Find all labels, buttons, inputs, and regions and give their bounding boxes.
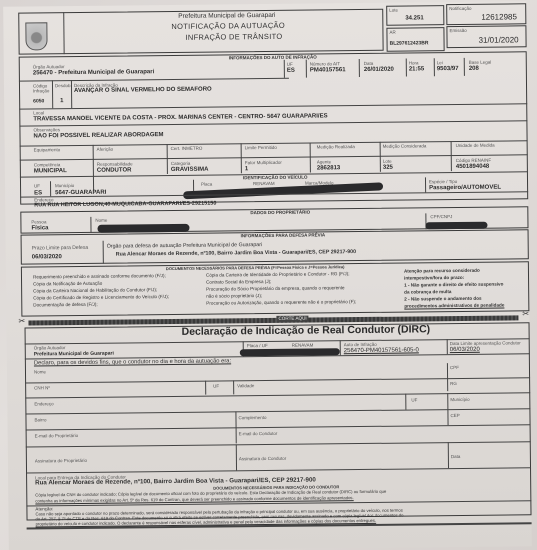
hora-label: Hora [409,60,419,65]
desdob-value: 1 [60,98,63,105]
base-value: 208 [469,66,479,73]
local-label: Local [33,110,44,115]
data-label: Data [364,61,374,66]
atencao-item: procedimentos administrativos de penalid… [404,303,504,310]
docs-left-item: Cópia da Notificação de Autuação [33,281,102,288]
scissors-icon: ✂ [522,311,529,317]
afericao-label: Aferição [97,147,114,152]
emissao-value: 31/01/2020 [478,35,518,44]
cert-label: Cert. INMETRO [171,146,203,151]
descricao-value: AVANÇAR O SINAL VERMELHO DO SEMAFORO [74,87,212,95]
placa-label: Placa [201,182,212,187]
cep-field[interactable]: CEP [450,412,525,425]
cut-label: CORTE AQUI [276,316,308,322]
traffic-notice-document: Prefeitura Municipal de Guarapari NOTIFI… [3,1,532,550]
cpf-label: CPF/CNPJ [430,214,452,219]
atencao-item: Atenção para recurso considerado [404,268,480,275]
pessoa-label: Pessoa [31,219,46,224]
municipio-field[interactable]: Município [450,396,525,409]
cpf-field[interactable]: CPF [450,364,525,377]
endereco-uf-field[interactable]: UF [411,397,441,409]
ait-value: PM40157561 [310,67,346,74]
resp-label: Responsabilidade [97,161,133,166]
prazo-label: Prazo Limite para Defesa [32,246,88,252]
prazo-value: 06/03/2020 [32,254,62,261]
notificacao-label: Notificação [449,6,471,11]
obs-value: NAO FOI POSSIVEL REALIZAR ABORDAGEM [33,132,163,140]
ar-value: BL297612423BR [390,40,429,47]
docs-left-item: Documentação de defesa (F/J); [33,302,97,309]
lote2-label: Lote [383,159,392,164]
atencao-item: 1 - Não garante o direito de efeito susp… [404,282,503,289]
dirc-data-limite-label: Data Limite apresentação Condutor [450,340,521,346]
hora-value: 21:55 [409,66,424,73]
docs-mid-item: não é sócio proprietário (J); [206,293,262,300]
unidade-label: Unidade de Medida [456,143,495,148]
docs-mid-item: Contrato Social da Empresa (J); [206,279,271,286]
medicao-label: Medição Realizada [317,144,355,149]
veiculo-section-title: IDENTIFICAÇÃO DO VEÍCULO [243,175,308,181]
atencao-item: intempestivo/fora do prazo: [404,275,464,282]
rg-field[interactable]: RG [450,380,525,393]
proprietario-section-title: DADOS DO PROPRIETÁRIO [250,210,310,216]
veiculo-uf-label: UF [34,183,40,188]
emissao-label: Emissão [449,28,466,33]
veiculo-mun-label: Município [55,183,74,188]
nome-label: Nome [95,218,107,223]
orgao-label: Órgão Autuador [33,64,65,69]
renainf-label: Código RENAINF [456,158,491,163]
email-proprietario-field[interactable]: E-mail do Proprietário [35,431,235,445]
uf-label: UF [287,62,293,67]
lote2-value: 325 [383,165,393,172]
fator-label: Fator Multiplicador [245,160,282,165]
dirc-auto-label: Auto de Infração [344,342,377,347]
scissors-icon: ✂ [18,319,25,325]
header-org: Prefeitura Municipal de Guarapari [178,13,275,20]
atencao-item: 2 - Não suspende o andamento dos [404,296,481,303]
dirc-orgao-label: Órgão Autuador [34,345,66,350]
base-label: Base Legal [469,60,492,65]
header-title2: INFRAÇÃO DE TRÂNSITO [185,34,282,41]
lote-value: 34.251 [405,15,423,22]
agente-label: Agente [317,159,331,164]
obs-label: Observações [33,127,60,132]
dirc-placa-label: Placa / UF [247,343,268,348]
notificacao-value: 12612985 [481,12,517,21]
comp-value: MUNICIPAL [34,168,67,175]
renavam-label: RENAVAM [253,181,275,186]
pessoa-value: Física [31,225,48,232]
codigo-label: Código Infração [33,83,51,93]
dirc-title: Declaração de Indicação de Real Condutor… [182,326,431,335]
redacted-cpf [425,222,487,230]
codigo-value: 6050 [33,98,44,105]
data-field[interactable]: Data [451,453,526,466]
assinatura-proprietario-field[interactable]: Assinatura do Proprietário [35,456,235,470]
ait-label: Número do AIT [310,61,340,66]
cat-value: GRAVISSIMA [171,167,209,174]
redacted-owner-name [97,224,189,233]
desdob-label: Desdob. [55,83,72,88]
lote-label: Lote [389,8,398,13]
atencao-item: da cobrança de multa [404,289,451,295]
cnh-uf-field[interactable]: UF [213,383,233,395]
orgao-value: 256470 - Prefeitura Municipal de Guarapa… [33,69,154,77]
assinatura-condutor-field[interactable]: Assinatura do Condutor [239,454,439,468]
lei-value: 9503/97 [437,66,459,73]
defesa-section-title: INFORMAÇÕES PARA DEFESA PRÉVIA [241,232,326,238]
fator-value: 1 [245,166,248,173]
veiculo-end-value: RUA RUA HEITOR LUGON,40-MUQUICABA-GUARAP… [34,201,216,210]
ar-label: AR [389,30,395,35]
agente-value: 2862813 [317,165,340,172]
especie-label: Espécie / Tipo [429,179,457,184]
resp-value: CONDUTOR [97,167,132,174]
cat-label: Categoria [171,161,191,166]
header-title1: NOTIFICAÇÃO DA AUTUAÇÃO [171,23,285,30]
data-value: 26/01/2020 [364,67,394,74]
city-coat-of-arms-icon [25,22,47,50]
renainf-value: 4501894048 [456,164,489,171]
uf-value: ES [287,68,295,75]
lei-label: Lei [437,60,443,65]
auto-section-title: INFORMAÇÕES DO AUTO DE INFRAÇÃO [229,54,317,60]
comp-label: Competência [34,162,61,167]
limite-label: Limite Permitido [245,145,277,150]
medicao-cons-label: Medição Considerada [383,143,427,148]
equip-label: Equipamento [34,147,61,152]
dirc-renavam-label: RENAVAM [292,343,314,348]
